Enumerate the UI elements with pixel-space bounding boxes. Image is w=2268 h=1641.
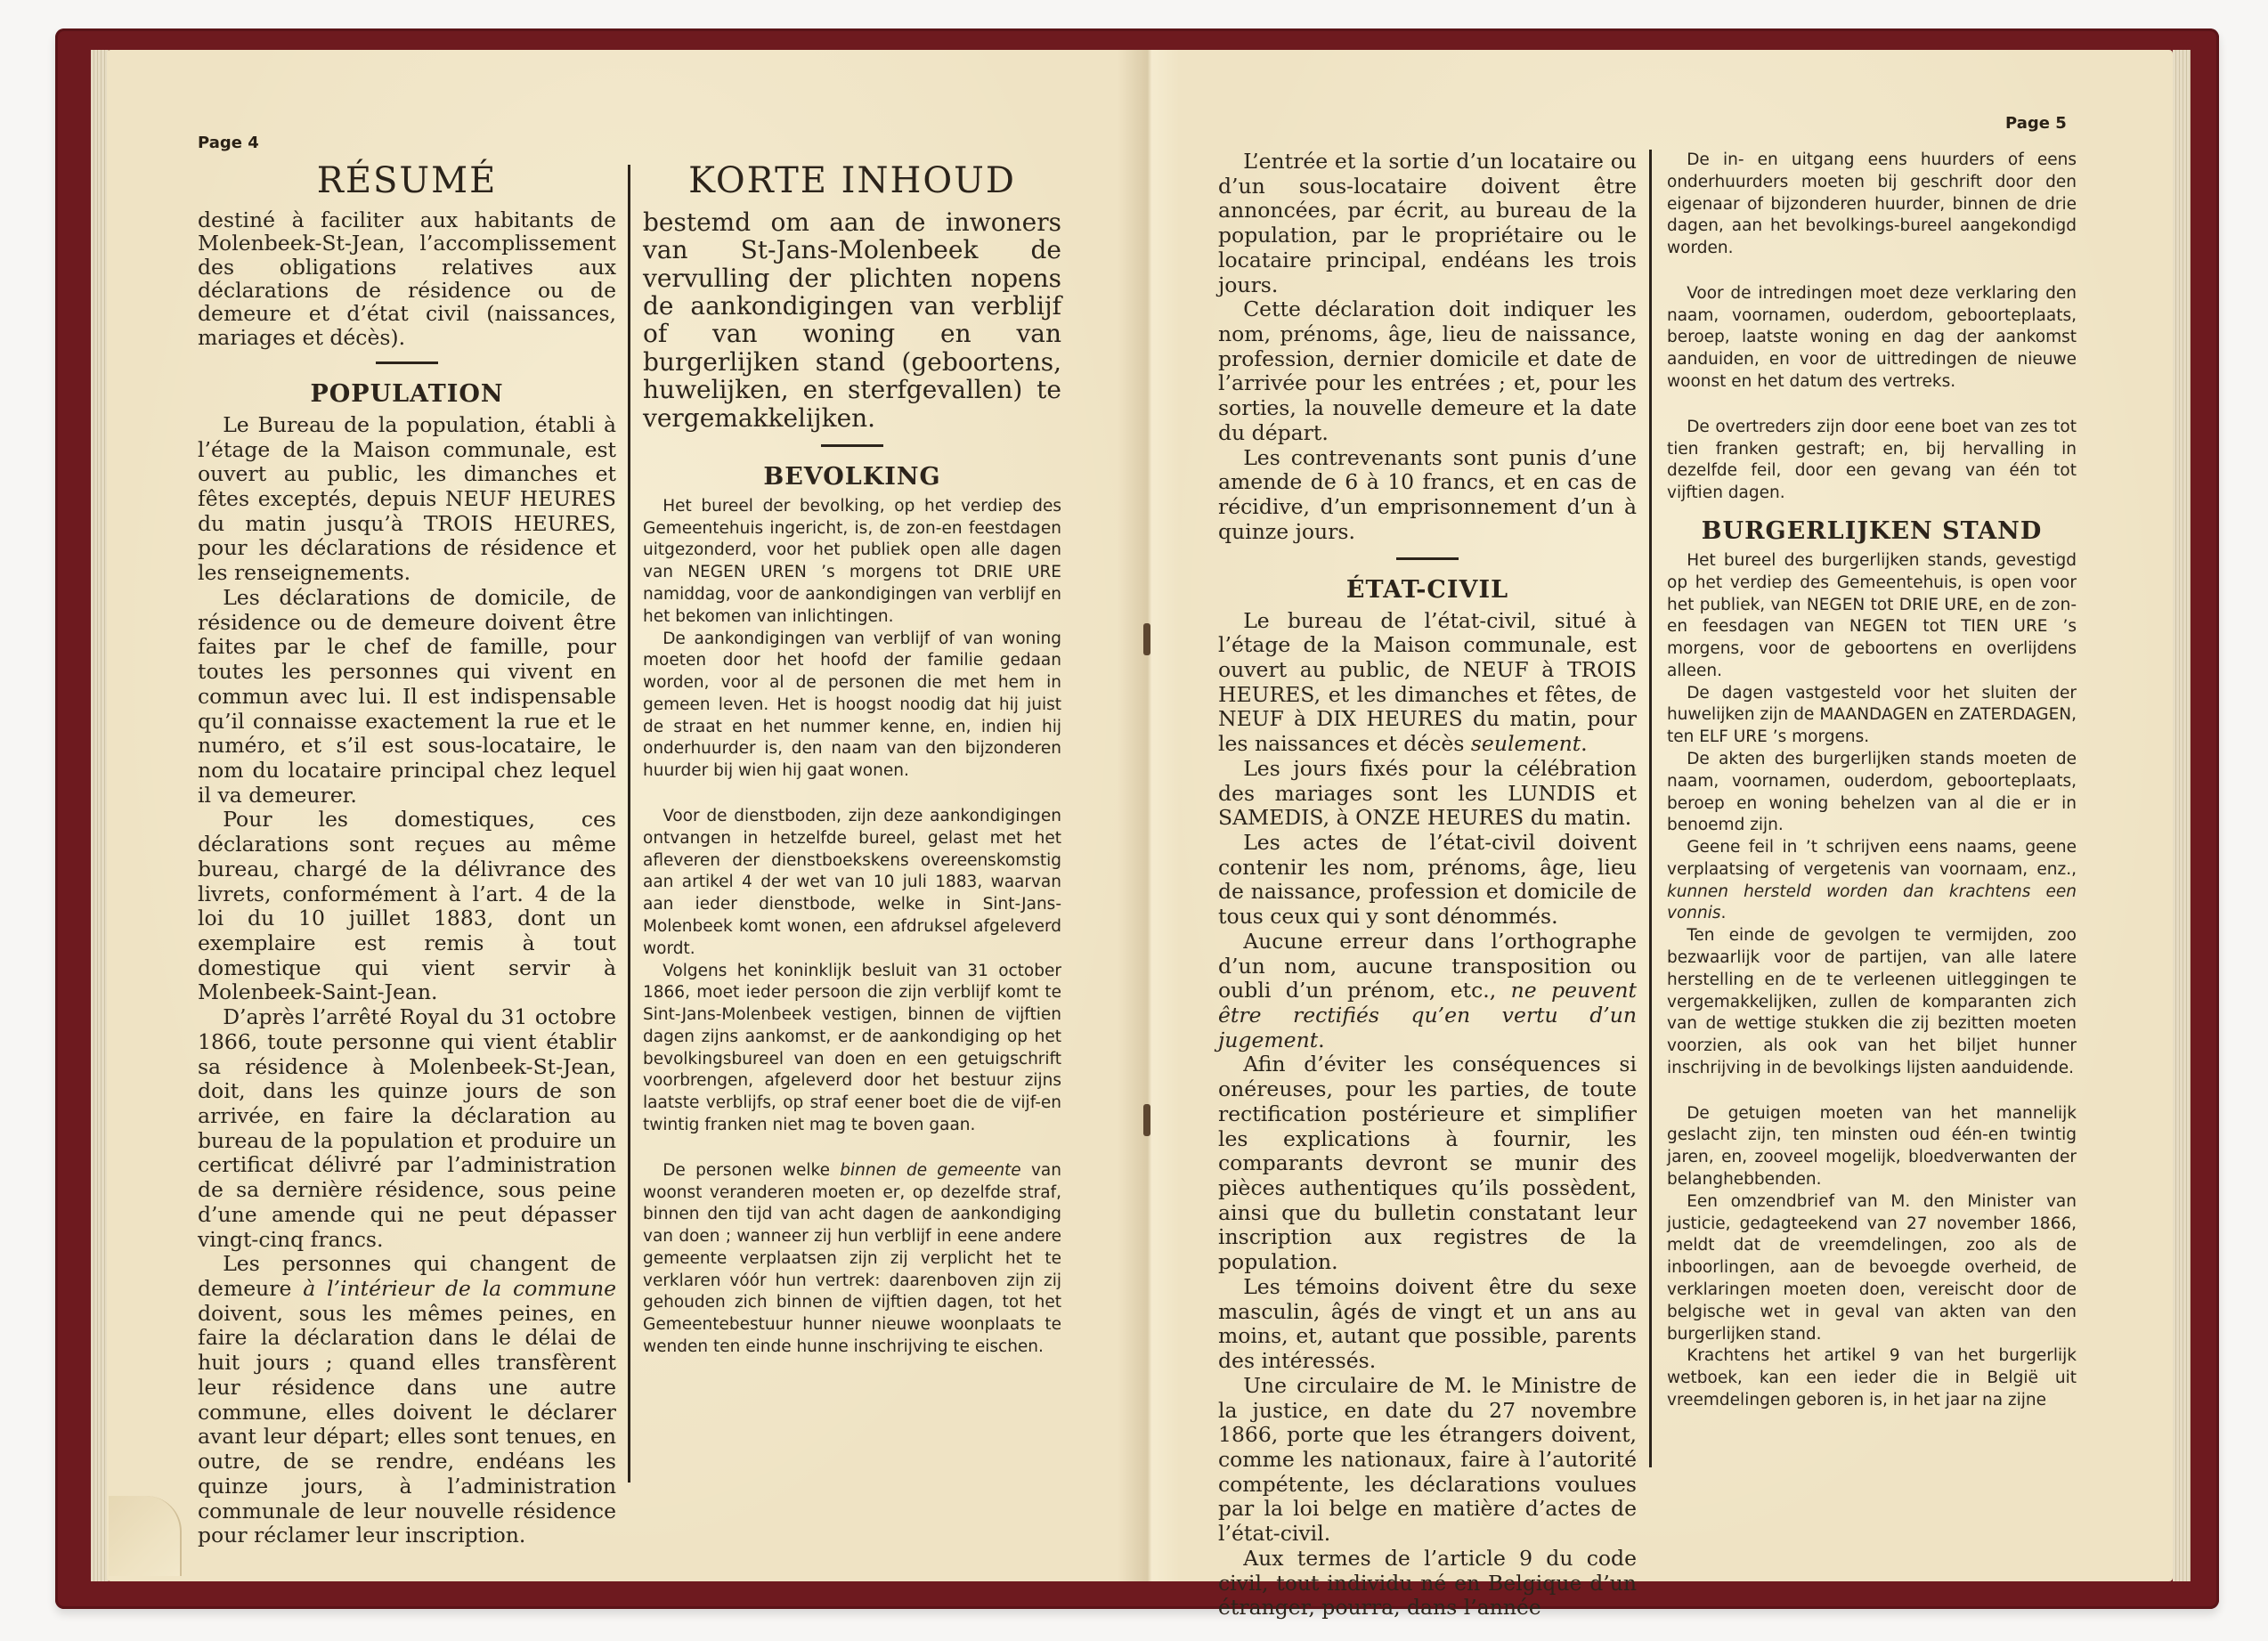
text: . (1318, 1028, 1324, 1052)
paragraph: Aucune erreur dans l’orthographe d’un no… (1218, 930, 1637, 1053)
page-edges-right (2173, 50, 2191, 1581)
left-column-french: RÉSUMÉ destiné à faciliter aux habitants… (198, 160, 616, 1548)
binding-stitch (1143, 1104, 1150, 1136)
korte-inhoud-lead: bestemd om aan de inwoners van St-Jans-M… (643, 208, 1061, 432)
paragraph: Een omzendbrief van M. den Minister van … (1667, 1191, 2077, 1345)
paragraph: Ten einde de gevolgen te vermijden, zoo … (1667, 925, 2077, 1079)
paragraph: Volgens het koninklijk besluit van 31 oc… (643, 961, 1061, 1137)
paragraph: Geene feil in ’t schrijven eens naams, g… (1667, 837, 2077, 925)
paragraph: Voor de dienstboden, zijn deze aankondig… (643, 806, 1061, 960)
page-edges-left (91, 50, 109, 1581)
italic-text: kunnen hersteld worden dan krachtens een… (1667, 882, 2077, 923)
paragraph: Les actes de l’état-civil doivent conten… (1218, 831, 1637, 930)
text: doivent, sous les mêmes peines, en faire… (198, 1301, 616, 1548)
paragraph: Afin d’éviter les conséquences si onéreu… (1218, 1052, 1637, 1274)
paragraph: Cette déclaration doit indiquer les nom,… (1218, 297, 1637, 445)
divider (821, 444, 883, 447)
paragraph: D’après l’arrêté Royal du 31 octobre 186… (198, 1005, 616, 1252)
section-title-population: POPULATION (198, 380, 616, 408)
column-divider (628, 165, 630, 1483)
right-column-french: L’entrée et la sortie d’un locataire ou … (1218, 150, 1637, 1621)
text: . (1721, 904, 1727, 922)
resume-lead: destiné à faciliter aux habitants de Mol… (198, 208, 616, 349)
section-title-bevolking: BEVOLKING (643, 463, 1061, 491)
paragraph: De personen welke binnen de gemeente van… (643, 1160, 1061, 1359)
binding-stitch (1143, 623, 1150, 655)
paragraph: Les déclarations de domicile, de résiden… (198, 586, 616, 808)
text: Geene feil in ’t schrijven eens naams, g… (1667, 838, 2077, 879)
paragraph: Le bureau de l’état-civil, situé à l’éta… (1218, 609, 1637, 757)
paragraph: Het bureel der bevolking, op het verdiep… (643, 496, 1061, 629)
text: van woonst veranderen moeten er, op deze… (643, 1161, 1061, 1356)
paragraph: De in- en uitgang eens huurders of eens … (1667, 150, 2077, 260)
left-column-dutch: KORTE INHOUD bestemd om aan de inwoners … (643, 160, 1061, 1359)
folded-corner (109, 1496, 182, 1576)
book-gutter (1118, 50, 1180, 1581)
page-number-right: Page 5 (2005, 114, 2067, 133)
paragraph: Les témoins doivent être du sexe masculi… (1218, 1275, 1637, 1374)
section-title-burgerlijken-stand: BURGERLIJKEN STAND (1667, 517, 2077, 545)
section-title-etat-civil: ÉTAT-CIVIL (1218, 576, 1637, 604)
paragraph: Pour les domestiques, ces déclarations s… (198, 808, 616, 1005)
paragraph: Krachtens het artikel 9 van het burgerli… (1667, 1345, 2077, 1411)
column-divider (1649, 150, 1652, 1467)
italic-text: binnen de gemeente (840, 1161, 1020, 1180)
divider (376, 362, 438, 364)
page-number-left: Page 4 (198, 134, 259, 152)
paragraph: Une circulaire de M. le Ministre de la j… (1218, 1374, 1637, 1547)
paragraph: Les jours fixés pour la célébration des … (1218, 757, 1637, 831)
italic-text: à l’intérieur de la commune (303, 1276, 616, 1301)
text: De personen welke (663, 1161, 840, 1180)
divider (1396, 557, 1459, 560)
italic-text: seulement (1471, 731, 1581, 756)
paragraph: Les personnes qui changent de demeure à … (198, 1252, 616, 1548)
paragraph: De akten des burgerlijken stands moeten … (1667, 749, 2077, 837)
paragraph: Voor de intredingen moet deze verklaring… (1667, 283, 2077, 394)
title-korte-inhoud: KORTE INHOUD (643, 160, 1061, 201)
right-column-dutch: De in- en uitgang eens huurders of eens … (1667, 150, 2077, 1412)
paragraph: L’entrée et la sortie d’un locataire ou … (1218, 150, 1637, 297)
paragraph: De dagen vastgesteld voor het sluiten de… (1667, 683, 2077, 749)
paragraph: De getuigen moeten van het mannelijk ges… (1667, 1103, 2077, 1191)
paragraph: Het bureel des burgerlijken stands, geve… (1667, 550, 2077, 683)
title-resume: RÉSUMÉ (198, 160, 616, 201)
paragraph: De overtreders zijn door eene boet van z… (1667, 417, 2077, 505)
paragraph: Aux termes de l’article 9 du code civil,… (1218, 1547, 1637, 1621)
paragraph: De aankondigingen van verblijf of van wo… (643, 629, 1061, 783)
paragraph: Le Bureau de la population, établi à l’é… (198, 413, 616, 586)
paragraph: Les contrevenants sont punis d’une amend… (1218, 446, 1637, 545)
text: . (1581, 731, 1587, 756)
